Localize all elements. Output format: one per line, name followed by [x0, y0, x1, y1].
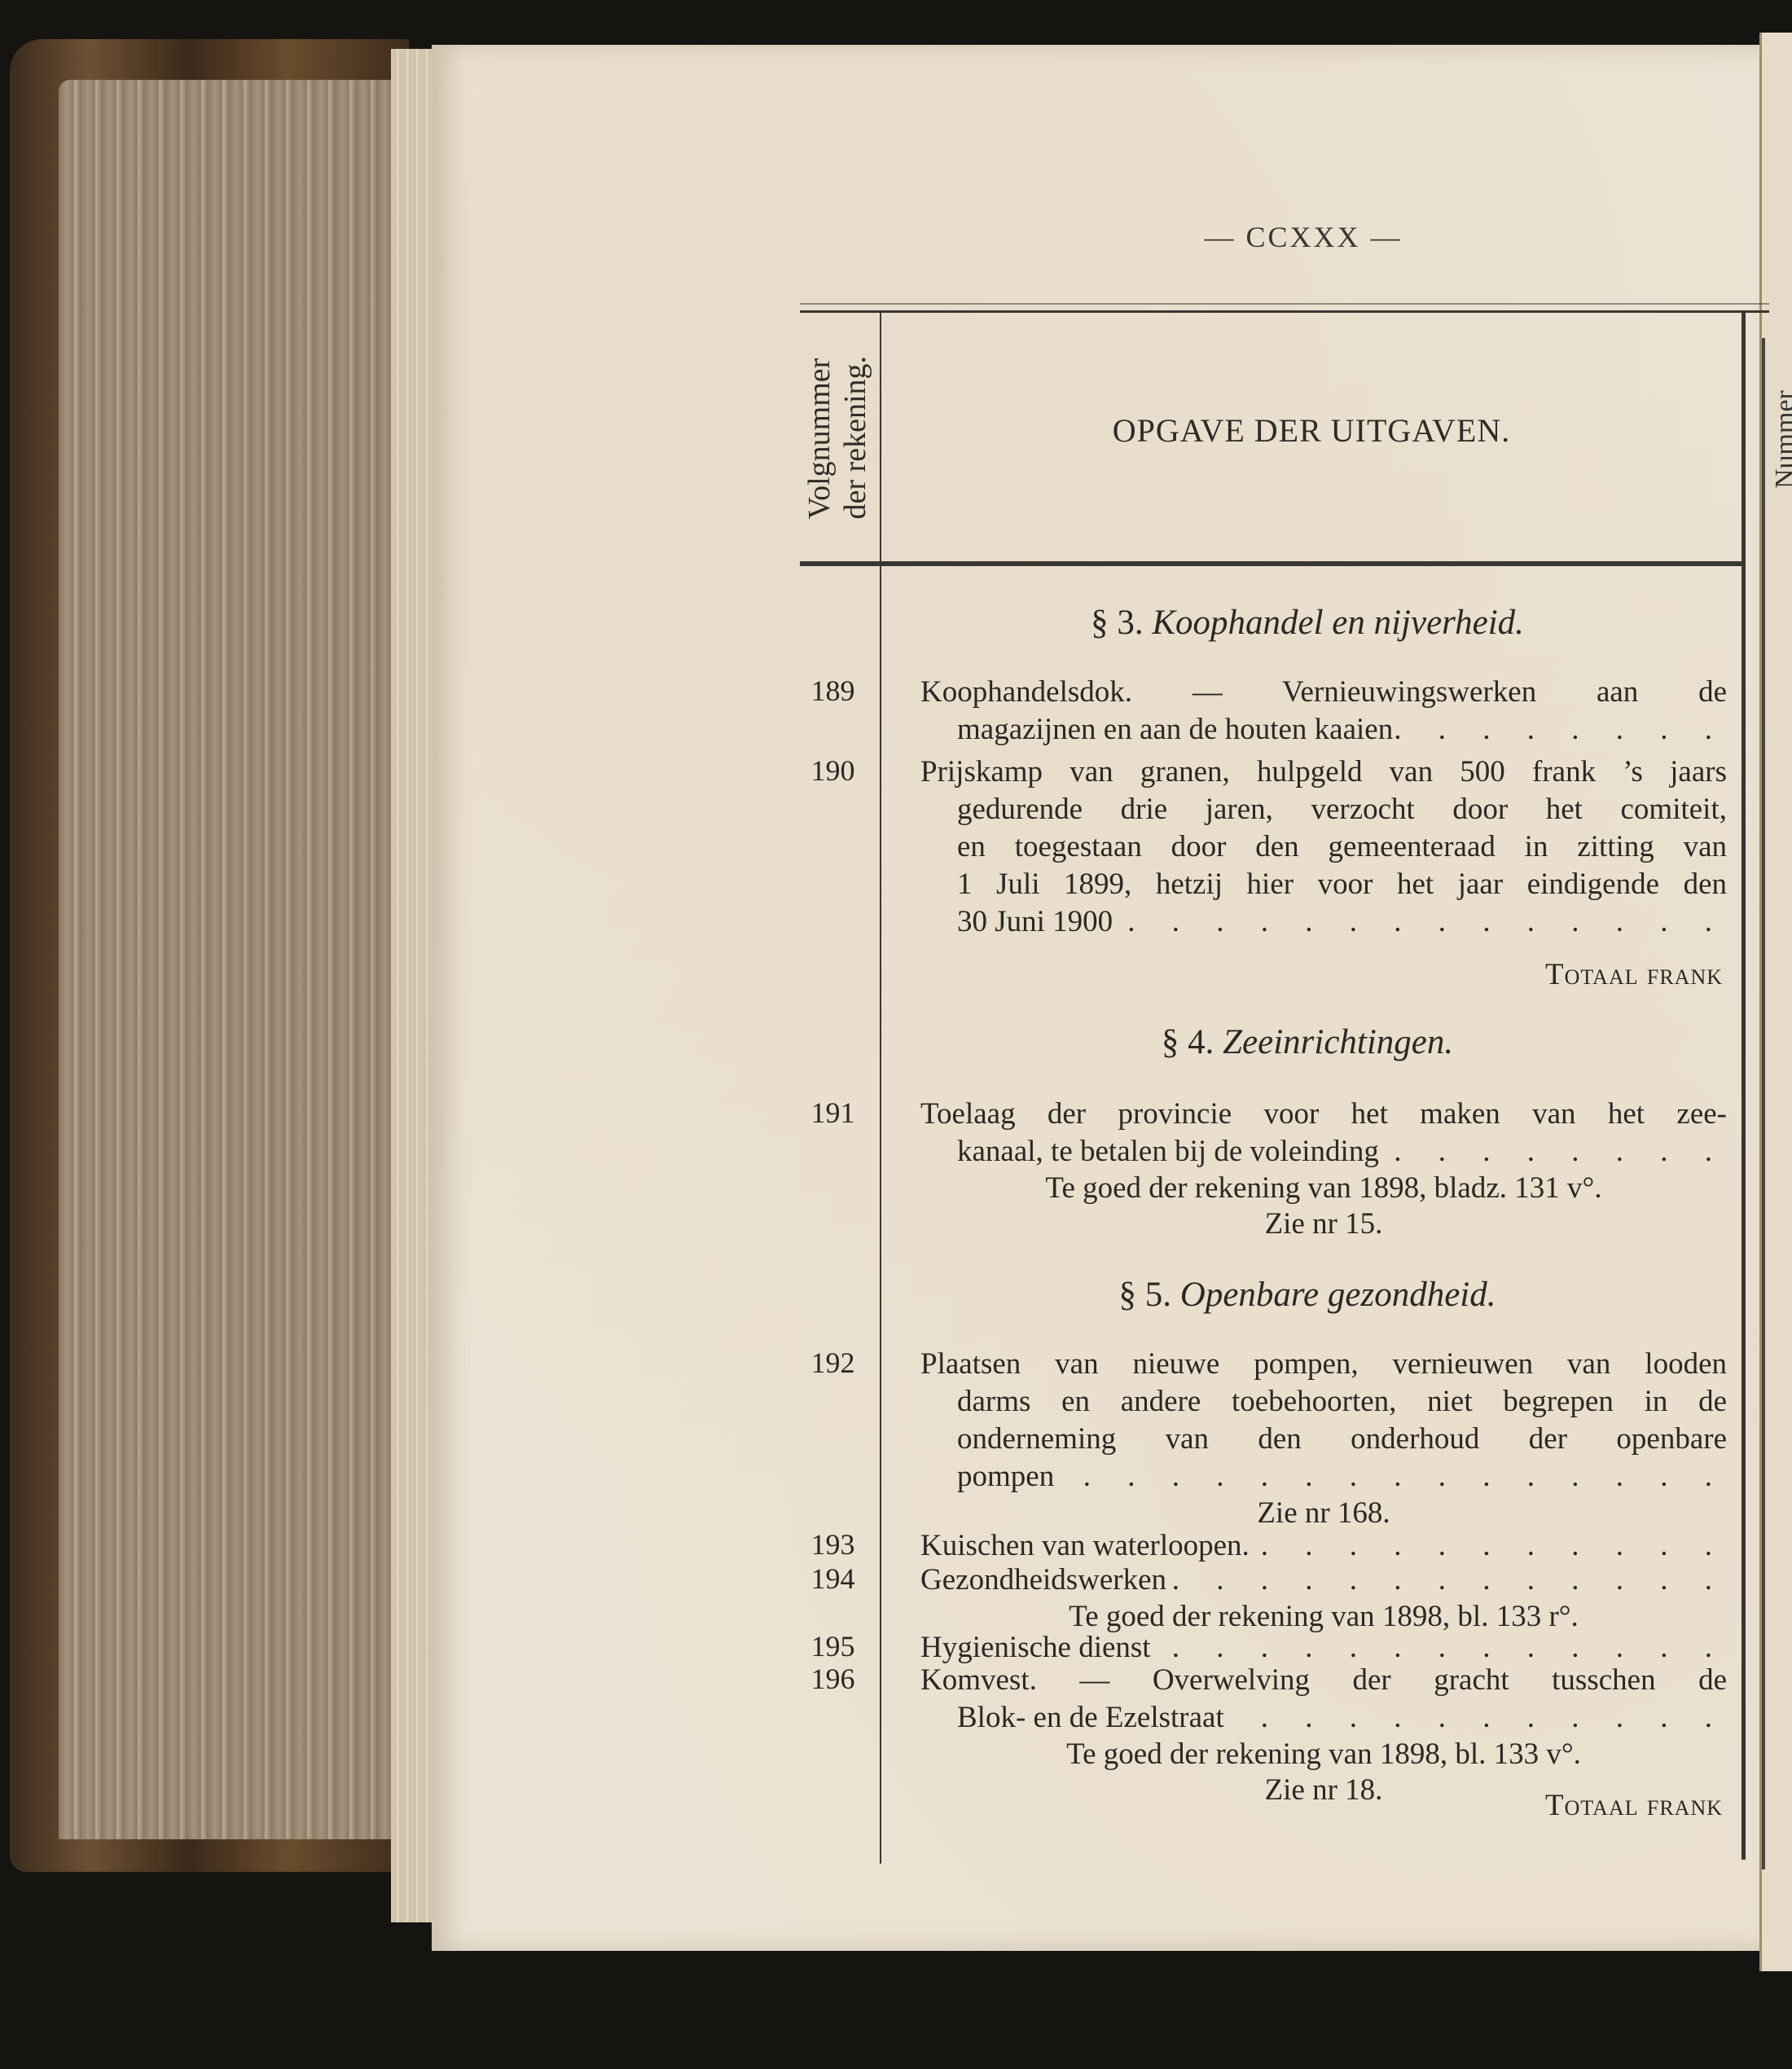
- entry-line: Gezondheidswerken: [920, 1562, 1166, 1599]
- entry-line: magazijnen en aan de houten kaaien: [957, 711, 1393, 749]
- entry-last-line: 30 Juni 1900 . . . . . . . . . . . . . .…: [920, 903, 1727, 941]
- section-symbol: § 3.: [1091, 604, 1144, 642]
- column-header-volgnummer: Volgnummer der rekening.: [797, 322, 878, 554]
- entry-last-line: Gezondheidswerken . . . . . . . . . . . …: [920, 1562, 1727, 1599]
- top-rule-thin: [800, 303, 1769, 305]
- entry-last-line: Kuischen van waterloopen. . . . . . . . …: [920, 1527, 1727, 1565]
- leader-dots: . . . . . . . . . . . . . . .: [1379, 1133, 1727, 1171]
- entry-line: Prijskamp van granen, hulpgeld van 500 f…: [920, 753, 1727, 791]
- leader-dots: . . . . . . . . . . . . . . .: [1250, 1527, 1727, 1565]
- entry-note: Zie nr 15.: [920, 1206, 1727, 1242]
- entry-189: Koophandelsdok. — Vernieuwingswerken aan…: [920, 674, 1727, 749]
- entry-line: darms en andere toebehoorten, niet begre…: [920, 1383, 1727, 1421]
- facing-page-header-fragment: Nummer: [1770, 375, 1792, 489]
- entry-192: Plaatsen van nieuwe pompen, vernieuwen v…: [920, 1346, 1727, 1531]
- entry-last-line: magazijnen en aan de houten kaaien . . .…: [920, 711, 1727, 749]
- column-header-title: OPGAVE DER UITGAVEN.: [884, 411, 1739, 450]
- entry-number: 192: [794, 1346, 872, 1380]
- entry-193: Kuischen van waterloopen. . . . . . . . …: [920, 1527, 1727, 1565]
- entry-note: Zie nr 168.: [920, 1496, 1727, 1531]
- facing-page-rule: [1762, 338, 1765, 1869]
- section-heading-3: § 3. Koophandel en nijverheid.: [888, 603, 1727, 643]
- section-symbol: § 5.: [1119, 1276, 1172, 1314]
- entry-line: kanaal, te betalen bij de voleinding: [957, 1133, 1379, 1171]
- column-header-line-1: Volgnummer: [802, 358, 837, 520]
- leader-dots: . . . . . . . . . . . . . . .: [1054, 1458, 1727, 1496]
- book-page-edges: [59, 80, 401, 1839]
- entry-line: Blok- en de Ezelstraat: [957, 1699, 1224, 1737]
- right-border-rule: [1741, 312, 1746, 1860]
- leader-dots: . . . . . . . . . . . . . . .: [1224, 1699, 1727, 1737]
- column-header-volgnummer-text: Volgnummer der rekening.: [802, 356, 873, 519]
- entry-number: 190: [794, 753, 872, 788]
- entry-190: Prijskamp van granen, hulpgeld van 500 f…: [920, 753, 1727, 941]
- leader-dots: . . . . . . . . . . . . . . .: [1166, 1562, 1727, 1599]
- entry-number: 196: [794, 1662, 872, 1696]
- entry-number: 195: [794, 1629, 872, 1663]
- entry-last-line: pompen . . . . . . . . . . . . . . .: [920, 1458, 1727, 1496]
- entry-line: gedurende drie jaren, verzocht door het …: [920, 791, 1727, 828]
- number-column-divider: [880, 312, 881, 1864]
- entry-line: Koophandelsdok. — Vernieuwingswerken aan…: [920, 674, 1727, 711]
- leader-dots: . . . . . . . . . . . . . . .: [1113, 903, 1727, 941]
- entry-note: Te goed der rekening van 1898, bladz. 13…: [920, 1171, 1727, 1206]
- header-bottom-rule: [800, 561, 1743, 566]
- column-header-line-2: der rekening.: [838, 356, 872, 519]
- entry-last-line: kanaal, te betalen bij de voleinding . .…: [920, 1133, 1727, 1171]
- entry-number: 193: [794, 1527, 872, 1562]
- entry-number: 194: [794, 1562, 872, 1596]
- section-total-label: Totaal frank: [888, 1788, 1723, 1823]
- section-heading-4: § 4. Zeeinrichtingen.: [888, 1022, 1727, 1062]
- entry-line: 1 Juli 1899, hetzij hier voor het jaar e…: [920, 866, 1727, 903]
- section-title: Openbare gezondheid.: [1180, 1276, 1496, 1314]
- leader-dots: . . . . . . . . . . . . . . .: [1393, 711, 1727, 749]
- entry-note: Te goed der rekening van 1898, bl. 133 v…: [920, 1737, 1727, 1772]
- entry-196: Komvest. — Overwelving der gracht tussch…: [920, 1662, 1727, 1808]
- entry-number: 189: [794, 674, 872, 708]
- entry-line: pompen: [957, 1458, 1054, 1496]
- page-folio: — CCXXX —: [1140, 220, 1466, 254]
- entry-194: Gezondheidswerken . . . . . . . . . . . …: [920, 1562, 1727, 1635]
- section-total-label: Totaal frank: [888, 957, 1723, 992]
- entry-line: Komvest. — Overwelving der gracht tussch…: [920, 1662, 1727, 1699]
- entry-last-line: Blok- en de Ezelstraat . . . . . . . . .…: [920, 1699, 1727, 1737]
- entry-line: onderneming van den onderhoud der openba…: [920, 1421, 1727, 1458]
- facing-page-edge: Nummer: [1759, 33, 1792, 1971]
- entry-line: 30 Juni 1900: [957, 903, 1113, 941]
- entry-number: 191: [794, 1096, 872, 1130]
- entry-line: Kuischen van waterloopen.: [920, 1527, 1250, 1565]
- section-title: Koophandel en nijverheid.: [1152, 604, 1524, 642]
- entry-line: Toelaag der provincie voor het maken van…: [920, 1096, 1727, 1133]
- section-title: Zeeinrichtingen.: [1223, 1023, 1453, 1061]
- entry-191: Toelaag der provincie voor het maken van…: [920, 1096, 1727, 1242]
- entry-line: Plaatsen van nieuwe pompen, vernieuwen v…: [920, 1346, 1727, 1383]
- top-rule: [800, 310, 1769, 313]
- section-heading-5: § 5. Openbare gezondheid.: [888, 1275, 1727, 1315]
- entry-line: en toegestaan door den gemeenteraad in z…: [920, 828, 1727, 866]
- section-symbol: § 4.: [1162, 1023, 1214, 1061]
